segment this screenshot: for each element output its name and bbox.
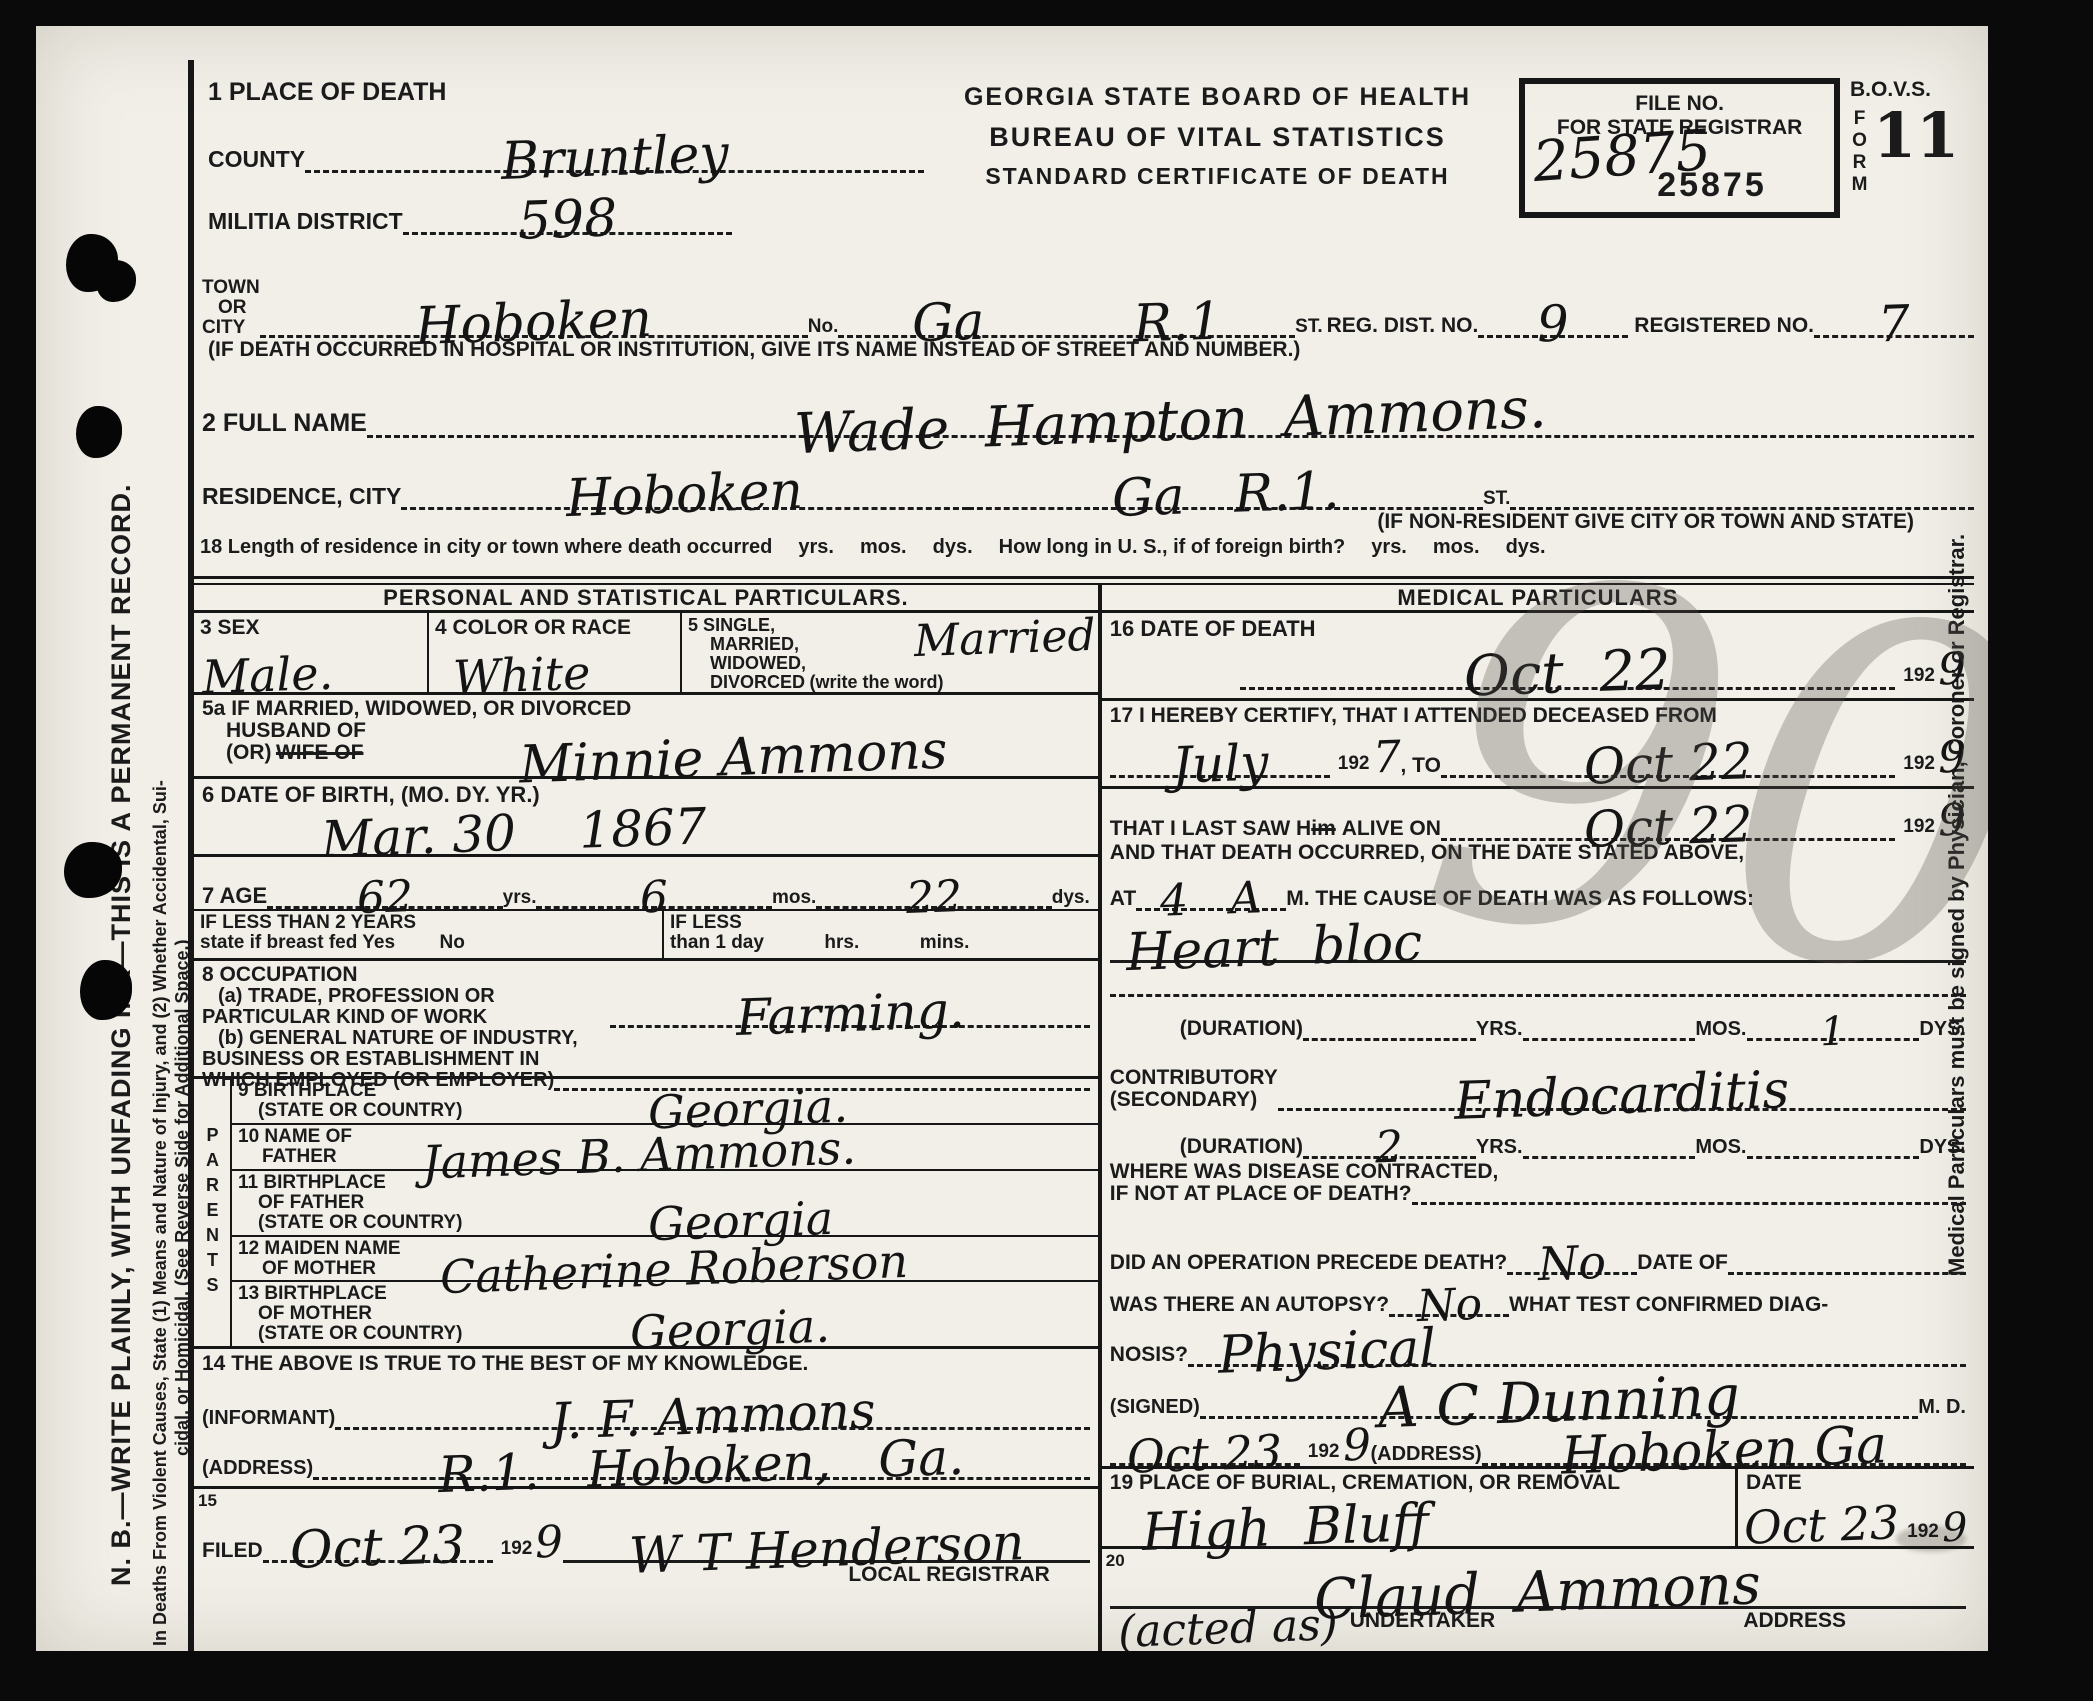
full-name-label: 2 FULL NAME bbox=[202, 409, 367, 438]
last-saw-line: Oct 22 bbox=[1441, 805, 1895, 841]
file-number-stamped: 25875 bbox=[1657, 166, 1767, 205]
time-of-death-row: AT 4 A M. THE CAUSE OF DEATH WAS AS FOLL… bbox=[1102, 871, 1974, 911]
item-15-number: 15 bbox=[198, 1491, 217, 1511]
from-year-prefix: 192 bbox=[1338, 753, 1370, 775]
personal-header: PERSONAL AND STATISTICAL PARTICULARS. bbox=[194, 585, 1098, 613]
age-dys-line: 22 bbox=[816, 878, 1051, 909]
breastfed-label-2: state if breast fed Yes bbox=[200, 932, 395, 953]
route-value: R.1 bbox=[1132, 299, 1222, 349]
duration-1-dys-line: 1 bbox=[1747, 1014, 1920, 1041]
registrar-line: W T Henderson bbox=[563, 1527, 1089, 1563]
sex-label: 3 SEX bbox=[200, 616, 421, 640]
residence-label: RESIDENCE, CITY bbox=[202, 483, 401, 510]
test-value: Physical bbox=[1217, 1325, 1436, 1379]
test-confirmed-label: WHAT TEST CONFIRMED DIAG- bbox=[1509, 1293, 1828, 1317]
parents-label: PARENTS bbox=[202, 1125, 223, 1300]
registered-no-label: REGISTERED NO. bbox=[1634, 314, 1814, 338]
militia-district-line: 598 bbox=[403, 197, 732, 235]
duration-2-dys-unit: DYS. bbox=[1919, 1136, 1966, 1159]
marital-label-4-row: DIVORCED (write the word) bbox=[688, 673, 1092, 693]
residence-length-label: 18 Length of residence in city or town w… bbox=[200, 536, 772, 559]
particulars-columns: PERSONAL AND STATISTICAL PARTICULARS. 3 … bbox=[194, 585, 1974, 1651]
dod-year-prefix: 192 bbox=[1903, 665, 1935, 687]
contracted-label-1: WHERE WAS DISEASE CONTRACTED, bbox=[1110, 1161, 1966, 1183]
foreign-birth-label: How long in U. S., if of foreign birth? bbox=[999, 536, 1346, 559]
form-word: FORM bbox=[1850, 108, 1869, 196]
nonresident-note: (IF NON-RESIDENT GIVE CITY OR TOWN AND S… bbox=[194, 510, 1974, 536]
undertaker-value: Claud Ammons bbox=[1314, 1560, 1762, 1626]
residence-st-label: ST. bbox=[1483, 488, 1510, 510]
unit-yrs: yrs. bbox=[798, 536, 834, 559]
unit-dys: dys. bbox=[933, 536, 973, 559]
county-line: Bruntley bbox=[305, 135, 924, 173]
medical-header: MEDICAL PARTICULARS bbox=[1102, 585, 1974, 613]
contributory-value: Endocarditis bbox=[1454, 1067, 1791, 1125]
file-number-values: 25875 25875 bbox=[1529, 140, 1830, 204]
residence-city-value: Hoboken bbox=[565, 468, 804, 523]
informant-address-label: (ADDRESS) bbox=[202, 1457, 313, 1480]
cause-line: Heart bloc bbox=[1110, 925, 1966, 963]
last-saw-strike: im bbox=[1311, 817, 1336, 841]
operation-label: DID AN OPERATION PRECEDE DEATH? bbox=[1110, 1251, 1507, 1275]
cause-value: Heart bloc bbox=[1125, 920, 1423, 977]
duration-1-yrs-unit: YRS. bbox=[1476, 1018, 1523, 1041]
registered-no-value: 7 bbox=[1877, 301, 1910, 347]
occupation-a-label-1: (a) TRADE, PROFESSION OR bbox=[202, 986, 610, 1007]
town-label: TOWN bbox=[202, 278, 260, 298]
contributory-label-2: (SECONDARY) bbox=[1110, 1089, 1278, 1111]
operation-row: DID AN OPERATION PRECEDE DEATH? No DATE … bbox=[1102, 1229, 1974, 1275]
signed-year-prefix: 192 bbox=[1308, 1441, 1340, 1463]
to-year-digit: 9 bbox=[1937, 738, 1966, 779]
occupation-b-label-2: BUSINESS OR ESTABLISHMENT IN bbox=[202, 1049, 1090, 1070]
diagnosis-row: NOSIS? Physical bbox=[1102, 1317, 1974, 1367]
burial-date-label: DATE bbox=[1746, 1471, 1802, 1494]
form-number-block: B.O.V.S. FORM 11 bbox=[1850, 78, 1966, 248]
duration-2-mos-line bbox=[1523, 1156, 1696, 1159]
duration-1-mos-line bbox=[1523, 1038, 1696, 1041]
cause-blank-line bbox=[1110, 994, 1966, 997]
informant-address-line: R.1. Hoboken, Ga. bbox=[313, 1444, 1090, 1480]
sex-value: Male. bbox=[201, 652, 333, 698]
informant-line: J. F. Ammons bbox=[335, 1394, 1089, 1430]
personal-column: PERSONAL AND STATISTICAL PARTICULARS. 3 … bbox=[194, 585, 1102, 1651]
dob-value: Mar. 30 1867 bbox=[320, 804, 707, 862]
left-margin-note-small-1: In Deaths From Violent Causes, State (1)… bbox=[150, 780, 171, 1646]
signed-label: (SIGNED) bbox=[1110, 1396, 1200, 1419]
cause-of-death-label: M. THE CAUSE OF DEATH WAS AS FOLLOWS: bbox=[1286, 887, 1754, 911]
operation-answer: No bbox=[1538, 1241, 1607, 1285]
spouse-label-1: 5a IF MARRIED, WIDOWED, OR DIVORCED bbox=[202, 698, 1090, 720]
filed-year-digit: 9 bbox=[535, 1523, 564, 1564]
sex-race-marital-row: 3 SEX Male. 4 COLOR OR RACE White 5 SING… bbox=[194, 613, 1098, 695]
less-label-2-row: than 1 day hrs. mins. bbox=[670, 933, 1092, 953]
breastfed-no-label: No bbox=[439, 932, 464, 953]
militia-district-value: 598 bbox=[517, 195, 618, 245]
militia-district-label: MILITIA DISTRICT bbox=[208, 208, 403, 235]
age-mos-line: 6 bbox=[536, 878, 771, 909]
less-mins-unit: mins. bbox=[920, 932, 970, 953]
signed-date-row: Oct 23 192 9 (ADDRESS) Hoboken Ga bbox=[1102, 1419, 1974, 1469]
file-number-block: FILE NO. FOR STATE REGISTRAR 25875 25875… bbox=[1511, 78, 1974, 248]
parents-block: PARENTS 9 BIRTHPLACE (STATE OR COUNTRY) … bbox=[194, 1079, 1098, 1349]
last-saw-label-post: ALIVE ON bbox=[1342, 817, 1441, 841]
marital-label-4: DIVORCED bbox=[688, 672, 805, 692]
attended-from-line: July bbox=[1110, 742, 1330, 778]
filed-year-prefix: 192 bbox=[501, 1538, 533, 1560]
spouse-label-3b: WIFE OF bbox=[276, 741, 364, 764]
certificate-form: 1 PLACE OF DEATH COUNTY Bruntley MILITIA… bbox=[188, 60, 1974, 1651]
duration-1-label: (DURATION) bbox=[1180, 1017, 1303, 1041]
mother-bp-label-1: 13 BIRTHPLACE bbox=[238, 1284, 1092, 1304]
less-label-2: than 1 day bbox=[670, 932, 764, 953]
parents-rows: 9 BIRTHPLACE (STATE OR COUNTRY) Georgia.… bbox=[232, 1079, 1098, 1346]
burial-place-cell: 19 PLACE OF BURIAL, CREMATION, OR REMOVA… bbox=[1102, 1469, 1738, 1546]
contracted-line bbox=[1412, 1202, 1966, 1205]
title-block: GEORGIA STATE BOARD OF HEALTH BUREAU OF … bbox=[924, 78, 1511, 248]
age-yrs-unit: yrs. bbox=[503, 887, 537, 909]
age-dys-value: 22 bbox=[905, 877, 962, 919]
date-of-death-value: Oct 22 bbox=[1463, 645, 1671, 703]
md-label: M. D. bbox=[1918, 1396, 1966, 1419]
age-yrs-line: 62 bbox=[267, 878, 502, 909]
city-label: CITY bbox=[202, 318, 260, 338]
race-label: 4 COLOR OR RACE bbox=[435, 616, 674, 640]
last-saw-row: THAT I LAST SAW Him ALIVE ON Oct 22 192 … bbox=[1102, 789, 1974, 841]
unit-dys-2: dys. bbox=[1506, 536, 1546, 559]
attended-to-value: Oct 22 bbox=[1583, 739, 1753, 790]
undertaker-row: 20 Claud Ammons (acted as) UNDERTAKER AD… bbox=[1102, 1549, 1974, 1651]
mother-name-row: 12 MAIDEN NAME OF MOTHER Catherine Rober… bbox=[232, 1237, 1098, 1283]
place-of-death-block: 1 PLACE OF DEATH COUNTY Bruntley MILITIA… bbox=[194, 78, 924, 248]
title-line-3: STANDARD CERTIFICATE OF DEATH bbox=[924, 159, 1511, 195]
age-row: 7 AGE 62 yrs. 6 mos. 22 dys. IF LESS THA… bbox=[194, 857, 1098, 961]
duration-2-mos-unit: MOS. bbox=[1695, 1136, 1746, 1159]
burial-year-digit: 9 bbox=[1941, 1510, 1968, 1547]
burial-date-value: Oct 23 bbox=[1743, 1502, 1899, 1549]
mother-birthplace-row: 13 BIRTHPLACE OF MOTHER (STATE OR COUNTR… bbox=[232, 1282, 1098, 1346]
town-city-row: TOWN OR CITY Hoboken No. Ga R.1 ST. REG.… bbox=[194, 248, 1974, 338]
duration-1-dys-unit: DYS. bbox=[1919, 1018, 1966, 1041]
certify-label: 17 I HEREBY CERTIFY, THAT I ATTENDED DEC… bbox=[1110, 704, 1966, 728]
parents-tab: PARENTS bbox=[194, 1079, 232, 1346]
attestation-label: 14 THE ABOVE IS TRUE TO THE BEST OF MY K… bbox=[202, 1352, 1090, 1376]
filed-block: 15 FILED Oct 23 192 9 W T Henderson LOCA… bbox=[194, 1489, 1098, 1597]
informant-label: (INFORMANT) bbox=[202, 1407, 335, 1430]
signed-year: 192 9 bbox=[1300, 1426, 1371, 1466]
file-number-box: FILE NO. FOR STATE REGISTRAR 25875 25875 bbox=[1519, 78, 1840, 218]
dob-row: 6 DATE OF BIRTH, (MO. DY. YR.) Mar. 30 1… bbox=[194, 779, 1098, 857]
registrar-signature: W T Henderson bbox=[628, 1520, 1025, 1579]
occupation-row: 8 OCCUPATION (a) TRADE, PROFESSION OR PA… bbox=[194, 961, 1098, 1079]
occupation-a-line: Farming. bbox=[610, 992, 1089, 1028]
autopsy-label: WAS THERE AN AUTOPSY? bbox=[1110, 1293, 1389, 1317]
signature-line: A C Dunning bbox=[1200, 1378, 1918, 1419]
father-name-row: 10 NAME OF FATHER James B. Ammons. bbox=[232, 1125, 1098, 1171]
left-margin-note-bold: N. B.—WRITE PLAINLY, WITH UNFADING INK—T… bbox=[106, 483, 137, 1586]
county-label: COUNTY bbox=[208, 146, 305, 173]
cause-row: Heart bloc bbox=[1102, 911, 1974, 963]
ink-blob bbox=[96, 260, 136, 302]
marital-write-word-note: (write the word) bbox=[810, 672, 944, 692]
residence-length-row: 18 Length of residence in city or town w… bbox=[194, 536, 1974, 576]
less-label-1: IF LESS bbox=[670, 913, 1092, 933]
occupation-a-value: Farming. bbox=[735, 988, 965, 1041]
operation-answer-line: No bbox=[1507, 1243, 1637, 1275]
test-line: Physical bbox=[1188, 1329, 1966, 1367]
file-no-label: FILE NO. bbox=[1529, 92, 1830, 116]
item-20-number: 20 bbox=[1106, 1551, 1125, 1571]
spouse-row: 5a IF MARRIED, WIDOWED, OR DIVORCED HUSB… bbox=[194, 695, 1098, 779]
filed-date-line: Oct 23 bbox=[263, 1525, 493, 1563]
street-line: Ga R.1 bbox=[838, 300, 1295, 338]
form-header: 1 PLACE OF DEATH COUNTY Bruntley MILITIA… bbox=[194, 60, 1974, 248]
less-hrs-unit: hrs. bbox=[824, 932, 859, 953]
duration-2-yrs-line: 2 bbox=[1303, 1128, 1476, 1159]
date-of-death-label: 16 DATE OF DEATH bbox=[1110, 616, 1316, 641]
residence-state-route-value: Ga R.1. bbox=[1111, 468, 1340, 523]
unit-mos: mos. bbox=[860, 536, 907, 559]
residence-city-line: Hoboken bbox=[401, 472, 968, 510]
physician-address-line: Hoboken Ga bbox=[1482, 1428, 1966, 1466]
age-mos-value: 6 bbox=[640, 878, 669, 919]
operation-date-label: DATE OF bbox=[1637, 1251, 1728, 1275]
state-value: Ga bbox=[911, 299, 985, 348]
age-dys-unit: dys. bbox=[1052, 887, 1090, 909]
duration-1-yrs-line bbox=[1303, 1038, 1476, 1041]
place-of-death-label: 1 PLACE OF DEATH bbox=[208, 78, 924, 107]
time-value: 4 A bbox=[1160, 879, 1263, 922]
no-label: No. bbox=[808, 316, 839, 338]
full-name-line: Wade Hampton Ammons. bbox=[367, 397, 1974, 438]
marital-cell: 5 SINGLE, MARRIED, WIDOWED, DIVORCED (wr… bbox=[682, 613, 1098, 692]
filed-label: FILED bbox=[202, 1539, 263, 1563]
unit-mos-2: mos. bbox=[1433, 536, 1480, 559]
last-saw-label-pre: THAT I LAST SAW H bbox=[1110, 817, 1311, 841]
father-bp-label-1: 11 BIRTHPLACE bbox=[238, 1173, 1092, 1193]
breastfed-label-1: IF LESS THAN 2 YEARS bbox=[200, 913, 656, 933]
to-year-prefix: 192 bbox=[1903, 753, 1935, 775]
duration-2-label: (DURATION) bbox=[1180, 1135, 1303, 1159]
burial-label: 19 PLACE OF BURIAL, CREMATION, OR REMOVA… bbox=[1110, 1471, 1620, 1494]
duration-2-yrs-unit: YRS. bbox=[1476, 1136, 1523, 1159]
last-saw-value: Oct 22 bbox=[1583, 802, 1753, 853]
time-line: 4 A bbox=[1136, 880, 1286, 911]
contributory-line: Endocarditis bbox=[1278, 1073, 1966, 1111]
age-mos-unit: mos. bbox=[772, 887, 816, 909]
physician-address-label: (ADDRESS) bbox=[1371, 1443, 1482, 1466]
contracted-label-2: IF NOT AT PLACE OF DEATH? bbox=[1110, 1183, 1412, 1205]
at-label: AT bbox=[1110, 887, 1136, 911]
signed-date-line: Oct 23 bbox=[1110, 1434, 1300, 1466]
unit-yrs-2: yrs. bbox=[1371, 536, 1407, 559]
acted-as-note: (acted as) bbox=[1117, 1605, 1338, 1651]
occupation-a-label-2: PARTICULAR KIND OF WORK bbox=[202, 1007, 610, 1028]
age-line: 7 AGE 62 yrs. 6 mos. 22 dys. bbox=[194, 857, 1098, 909]
from-year: 192 7 bbox=[1330, 738, 1401, 778]
filed-date-value: Oct 23 bbox=[289, 1522, 466, 1575]
dod-year: 192 9 bbox=[1895, 650, 1966, 690]
st-label: ST. bbox=[1295, 316, 1322, 338]
last-saw-year-digit: 9 bbox=[1937, 801, 1966, 842]
or-label: OR bbox=[202, 298, 260, 318]
certificate-paper: N. B.—WRITE PLAINLY, WITH UNFADING INK—T… bbox=[36, 26, 1988, 1651]
reg-dist-line: 9 bbox=[1478, 302, 1628, 338]
sex-cell: 3 SEX Male. bbox=[194, 613, 429, 692]
attestation-block: 14 THE ABOVE IS TRUE TO THE BEST OF MY K… bbox=[194, 1349, 1098, 1489]
duration-2-yrs-value: 2 bbox=[1375, 1128, 1404, 1169]
operation-date-line bbox=[1728, 1272, 1966, 1275]
burial-row: 19 PLACE OF BURIAL, CREMATION, OR REMOVA… bbox=[1102, 1469, 1974, 1549]
death-occurred-label: AND THAT DEATH OCCURRED, ON THE DATE STA… bbox=[1102, 841, 1974, 871]
signed-year-digit: 9 bbox=[1342, 1426, 1371, 1467]
town-value: Hoboken bbox=[414, 296, 653, 351]
town-line: Hoboken bbox=[260, 300, 808, 338]
burial-year-prefix: 192 bbox=[1907, 1521, 1939, 1543]
race-value: White bbox=[452, 652, 591, 698]
ink-blob bbox=[76, 406, 122, 458]
race-cell: 4 COLOR OR RACE White bbox=[429, 613, 682, 692]
filed-year: 192 9 bbox=[493, 1523, 564, 1563]
marital-value: Married bbox=[914, 616, 1097, 662]
duration-2-dys-line bbox=[1747, 1156, 1920, 1159]
form-number: 11 bbox=[1873, 108, 1959, 164]
nosis-label: NOSIS? bbox=[1110, 1343, 1188, 1367]
title-line-2: BUREAU OF VITAL STATISTICS bbox=[924, 117, 1511, 159]
medical-column: MEDICAL PARTICULARS 16 DATE OF DEATH Oct… bbox=[1102, 585, 1974, 1651]
certify-row: 17 I HEREBY CERTIFY, THAT I ATTENDED DEC… bbox=[1102, 701, 1974, 789]
last-saw-year-prefix: 192 bbox=[1903, 816, 1935, 838]
reg-dist-label: REG. DIST. NO. bbox=[1327, 314, 1479, 338]
residence-street-line: Ga R.1. bbox=[968, 472, 1483, 510]
attended-from-value: July bbox=[1171, 740, 1269, 788]
father-birthplace-row: 11 BIRTHPLACE OF FATHER (STATE OR COUNTR… bbox=[232, 1171, 1098, 1237]
breastfed-label-2-row: state if breast fed Yes No bbox=[200, 933, 656, 953]
county-value: Bruntley bbox=[500, 131, 729, 186]
registered-no-line: 7 bbox=[1814, 302, 1974, 338]
duration-1-row: (DURATION) YRS. MOS. 1 DYS. bbox=[1102, 997, 1974, 1041]
date-of-death-row: 16 DATE OF DEATH Oct 22 192 9 bbox=[1102, 613, 1974, 701]
to-year: 192 9 bbox=[1895, 738, 1966, 778]
spouse-label-3a: (OR) bbox=[226, 741, 272, 764]
town-or-city-label: TOWN OR CITY bbox=[202, 278, 260, 338]
autopsy-answer-line: No bbox=[1389, 1286, 1509, 1317]
date-of-death-line: Oct 22 bbox=[1240, 649, 1896, 690]
age-label: 7 AGE bbox=[202, 883, 267, 909]
duration-1-dys-value: 1 bbox=[1820, 1014, 1847, 1051]
age-yrs-value: 62 bbox=[356, 877, 413, 919]
to-label: , TO bbox=[1401, 754, 1441, 778]
birthplace-row: 9 BIRTHPLACE (STATE OR COUNTRY) Georgia. bbox=[232, 1079, 1098, 1125]
burial-date-cell: DATE Oct 23 192 9 bbox=[1738, 1469, 1974, 1546]
mother-birthplace-value: Georgia. bbox=[630, 1305, 831, 1353]
section-divider bbox=[194, 576, 1974, 585]
disease-contracted-row: WHERE WAS DISEASE CONTRACTED, IF NOT AT … bbox=[1102, 1159, 1974, 1229]
dod-year-digit: 9 bbox=[1937, 650, 1966, 691]
scanned-death-certificate: N. B.—WRITE PLAINLY, WITH UNFADING INK—T… bbox=[0, 0, 2093, 1701]
attended-to-line: Oct 22 bbox=[1441, 742, 1895, 778]
reg-dist-value: 9 bbox=[1537, 301, 1570, 347]
from-year-digit: 7 bbox=[1372, 738, 1401, 779]
title-line-1: GEORGIA STATE BOARD OF HEALTH bbox=[924, 78, 1511, 117]
last-saw-year: 192 9 bbox=[1895, 801, 1966, 841]
contributory-label-1: CONTRIBUTORY bbox=[1110, 1067, 1278, 1089]
duration-1-mos-unit: MOS. bbox=[1695, 1018, 1746, 1041]
full-name-row: 2 FULL NAME Wade Hampton Ammons. bbox=[194, 364, 1974, 438]
breastfed-cell: IF LESS THAN 2 YEARS state if breast fed… bbox=[194, 911, 664, 961]
less-than-day-cell: IF LESS than 1 day hrs. mins. bbox=[664, 911, 1098, 961]
